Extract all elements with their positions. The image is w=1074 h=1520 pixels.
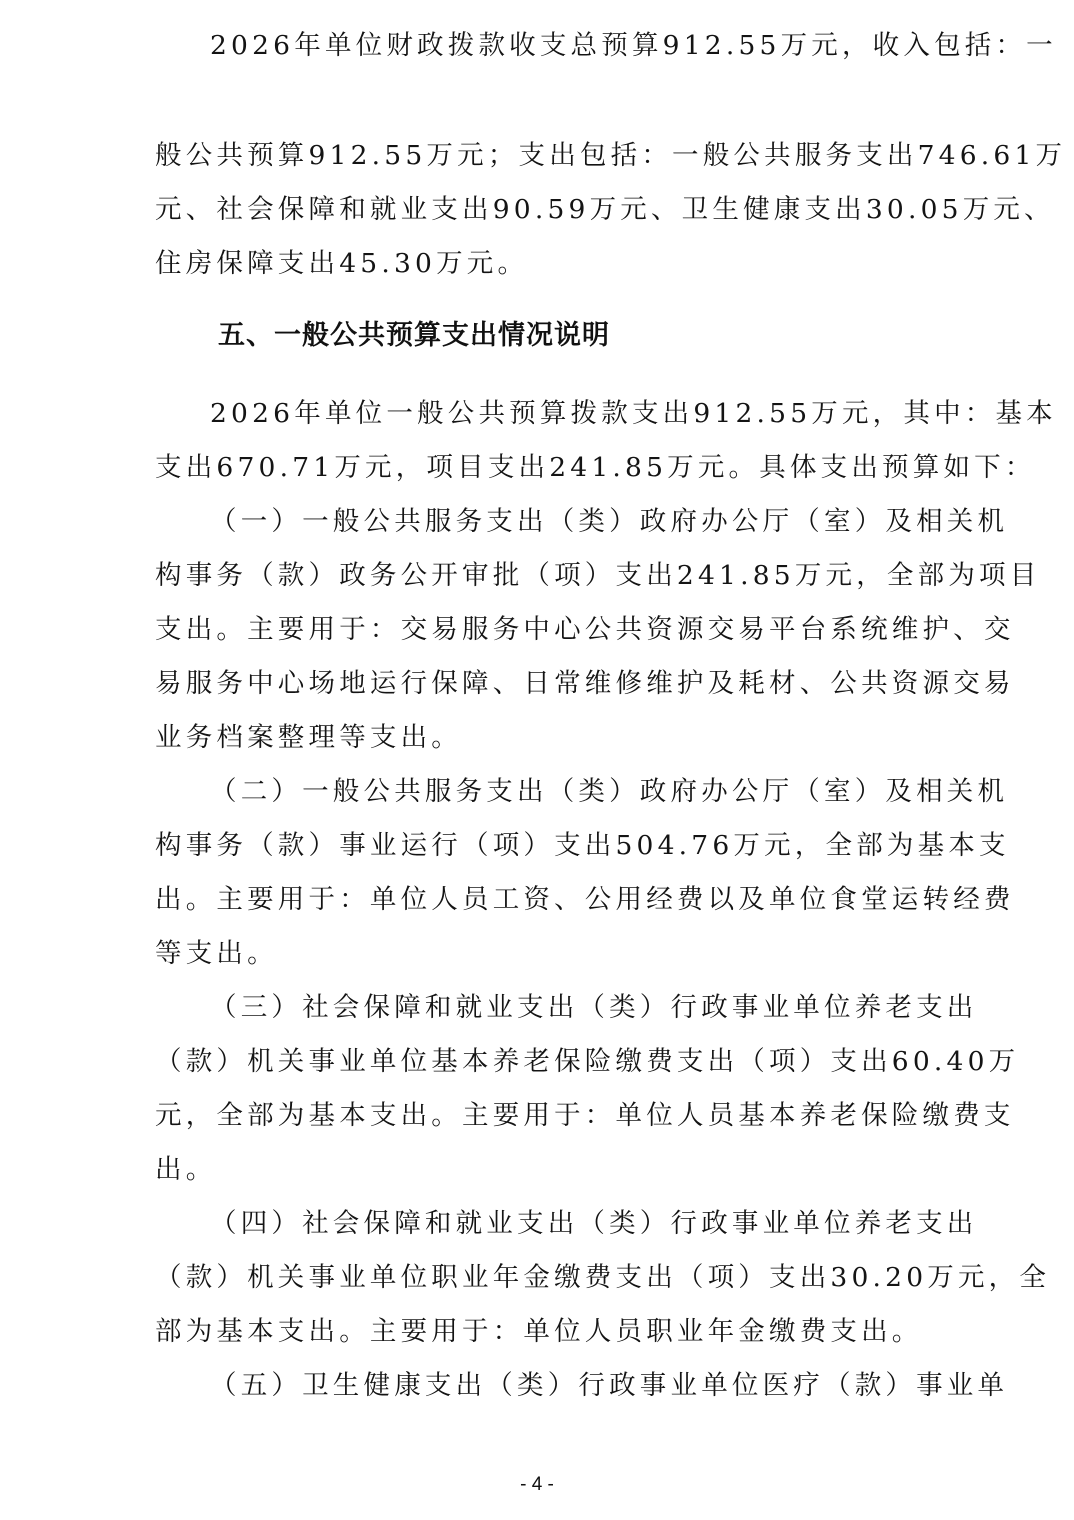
text-line: 元，全部为基本支出。主要用于：单位人员基本养老保险缴费支 — [155, 1098, 930, 1134]
text-line: 易服务中心场地运行保障、日常维修维护及耗材、公共资源交易 — [155, 666, 930, 702]
text-line: （一）一般公共服务支出（类）政府办公厅（室）及相关机 — [210, 504, 930, 540]
text-line: 住房保障支出45.30万元。 — [155, 246, 930, 282]
text-line: （款）机关事业单位职业年金缴费支出（项）支出30.20万元，全 — [155, 1260, 930, 1296]
text-line: （四）社会保障和就业支出（类）行政事业单位养老支出 — [210, 1206, 930, 1242]
text-line: 元、社会保障和就业支出90.59万元、卫生健康支出30.05万元、 — [155, 192, 930, 228]
text-line: 般公共预算912.55万元；支出包括：一般公共服务支出746.61万 — [155, 138, 930, 174]
text-line: 构事务（款）事业运行（项）支出504.76万元，全部为基本支 — [155, 828, 930, 864]
text-line: 支出670.71万元，项目支出241.85万元。具体支出预算如下： — [155, 450, 930, 486]
text-line: （三）社会保障和就业支出（类）行政事业单位养老支出 — [210, 990, 930, 1026]
text-line: （二）一般公共服务支出（类）政府办公厅（室）及相关机 — [210, 774, 930, 810]
text-line: 构事务（款）政务公开审批（项）支出241.85万元，全部为项目 — [155, 558, 930, 594]
text-line: 部为基本支出。主要用于：单位人员职业年金缴费支出。 — [155, 1314, 930, 1350]
text-line: 出。 — [155, 1152, 930, 1188]
document-page: 2026年单位财政拨款收支总预算912.55万元，收入包括：一 般公共预算912… — [0, 0, 1074, 1520]
text-line: 支出。主要用于：交易服务中心公共资源交易平台系统维护、交 — [155, 612, 930, 648]
page-number: - 4 - — [0, 1474, 1074, 1496]
section-heading: 五、一般公共预算支出情况说明 — [218, 318, 610, 354]
text-line: （五）卫生健康支出（类）行政事业单位医疗（款）事业单 — [210, 1368, 930, 1404]
text-line: 等支出。 — [155, 936, 930, 972]
text-line: （款）机关事业单位基本养老保险缴费支出（项）支出60.40万 — [155, 1044, 930, 1080]
text-line: 2026年单位财政拨款收支总预算912.55万元，收入包括：一 — [210, 28, 930, 64]
text-line: 2026年单位一般公共预算拨款支出912.55万元，其中：基本 — [210, 396, 930, 432]
text-line: 业务档案整理等支出。 — [155, 720, 930, 756]
text-line: 出。主要用于：单位人员工资、公用经费以及单位食堂运转经费 — [155, 882, 930, 918]
